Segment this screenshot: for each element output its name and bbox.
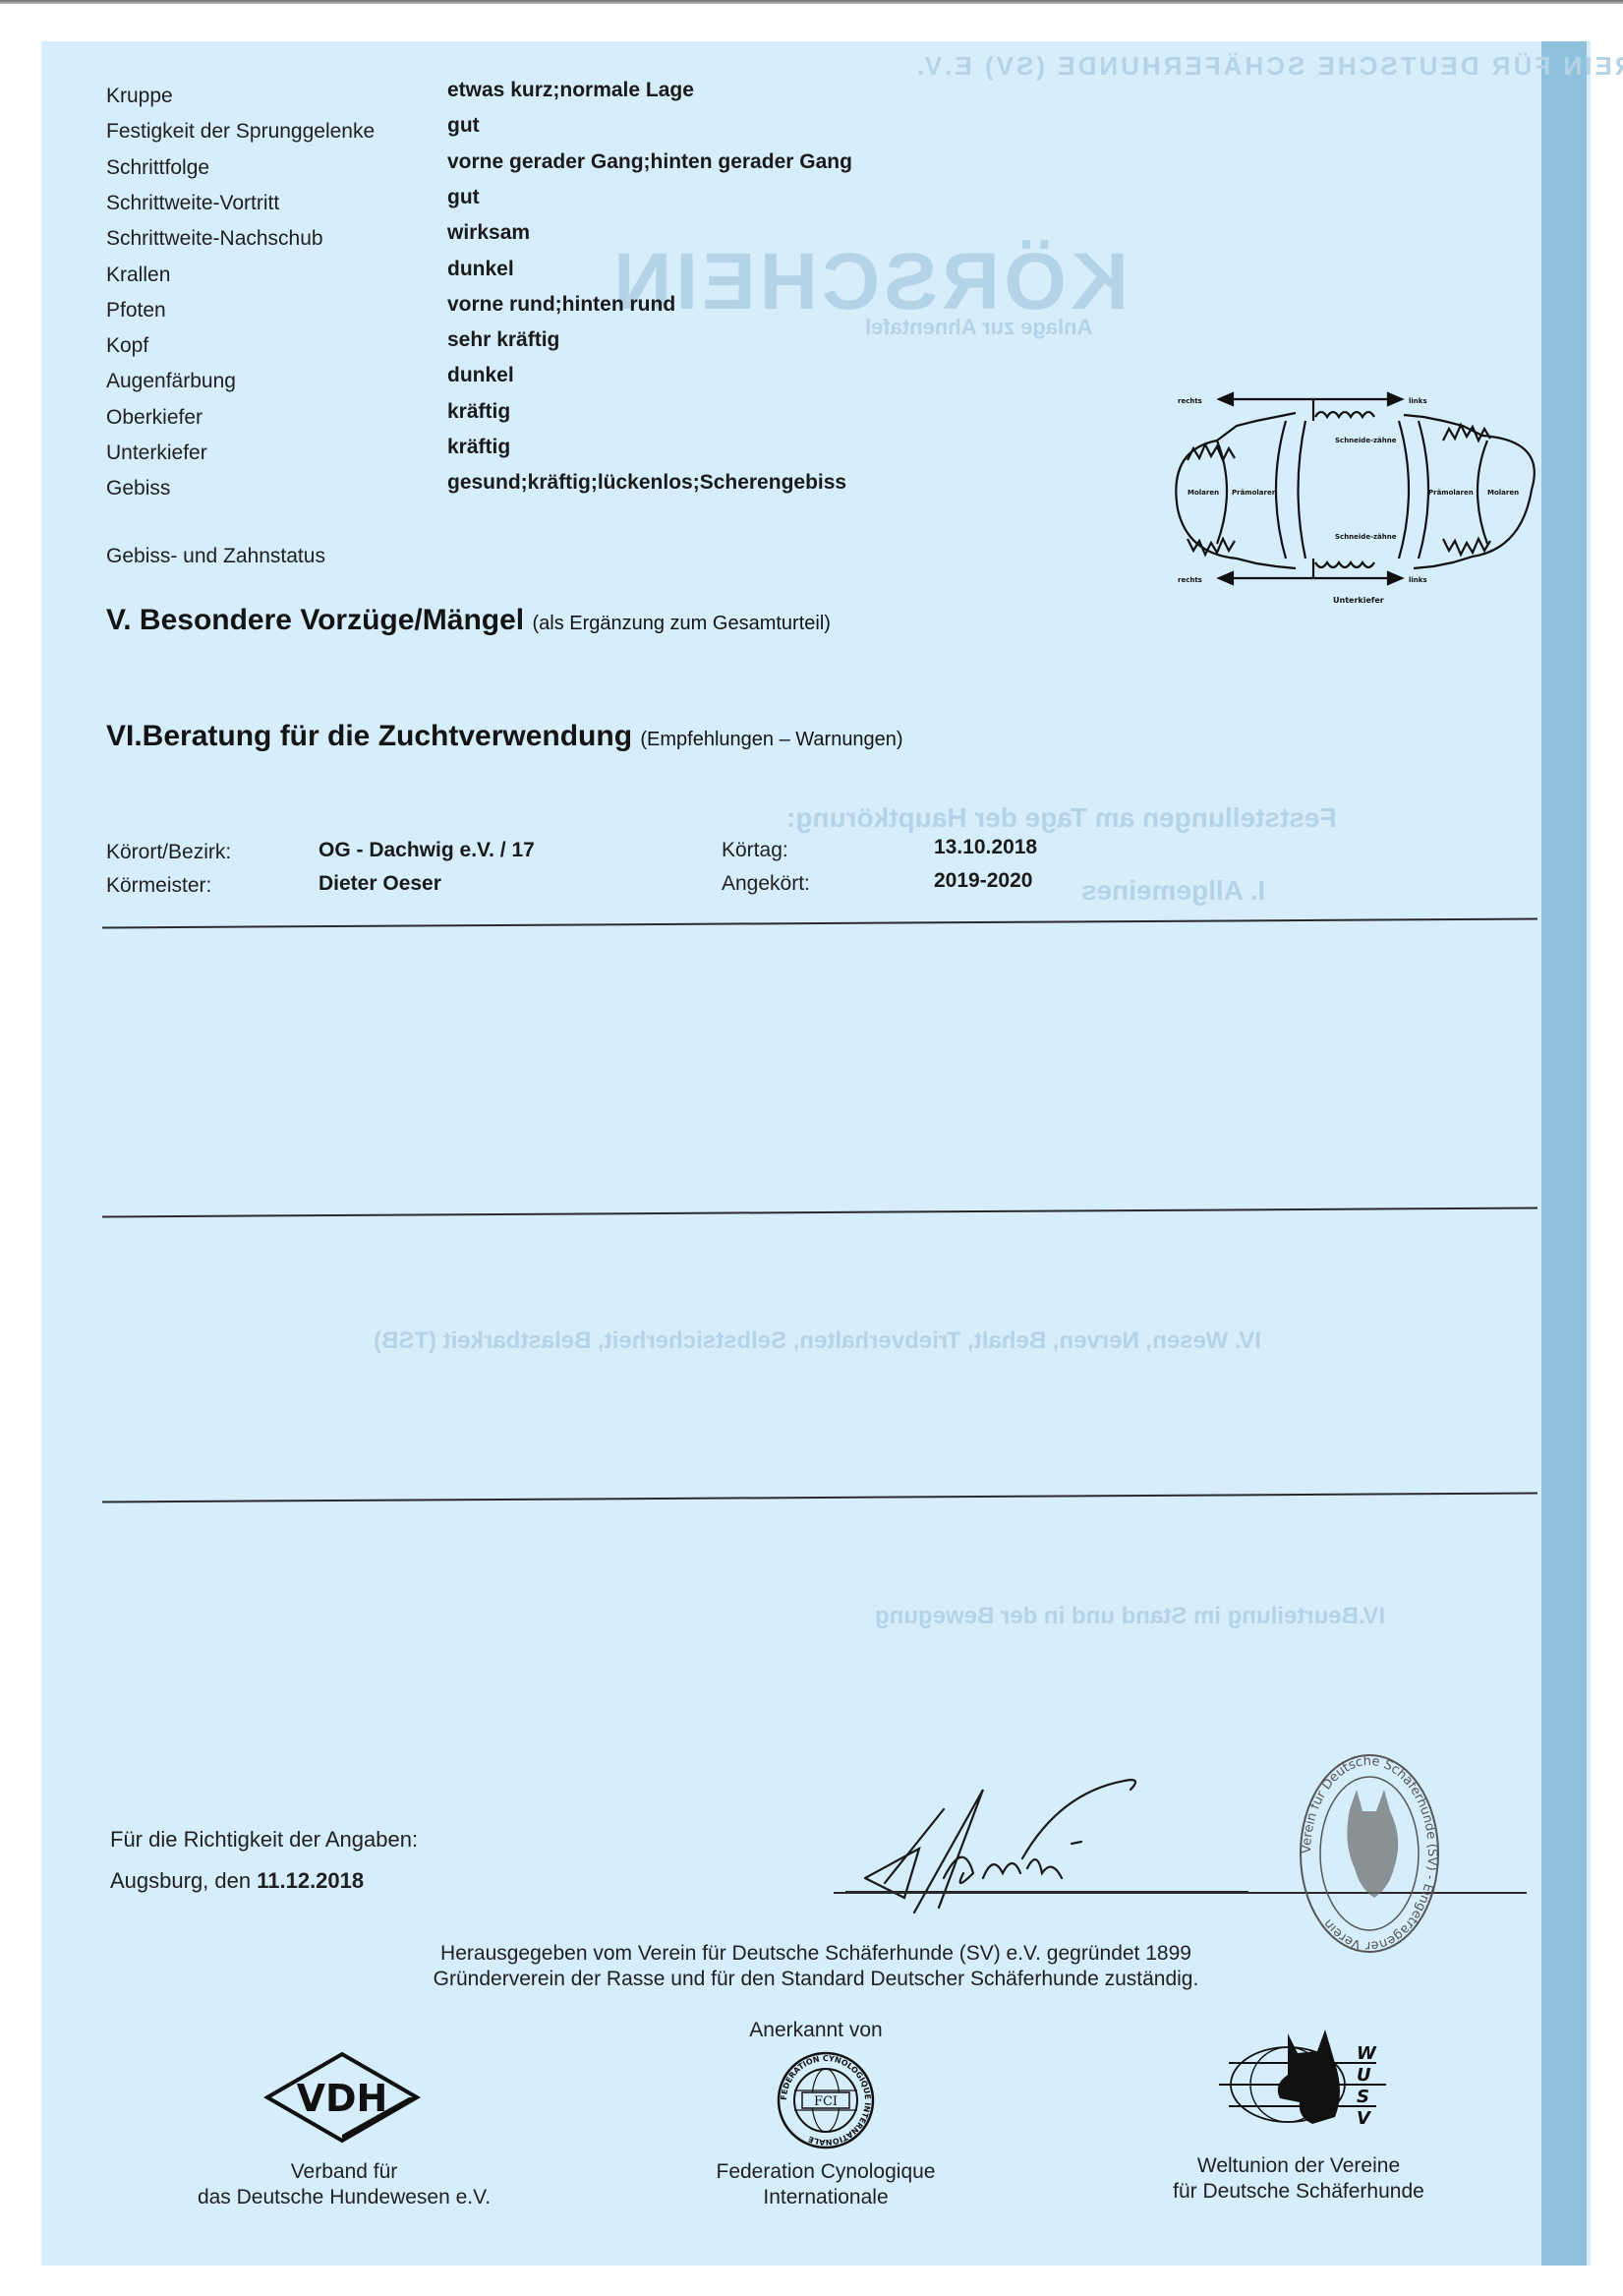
svg-text:S: S — [1357, 2087, 1369, 2107]
assessment-label: Kopf — [106, 334, 148, 358]
svg-text:W: W — [1357, 2043, 1377, 2064]
sheet-edge-strip — [1541, 41, 1587, 2266]
angekoert-label: Angekört: — [722, 872, 810, 896]
svg-text:Molaren: Molaren — [1188, 489, 1219, 497]
recognized-by: Anerkannt von — [619, 2018, 1013, 2043]
section-v-heading: V. Besondere Vorzüge/Mängel — [106, 604, 524, 636]
angekoert-value: 2019-2020 — [934, 869, 1032, 893]
svg-text:Prämolaren: Prämolaren — [1232, 489, 1277, 497]
assessment-label: Krallen — [106, 264, 170, 287]
assessment-label: Augenfärbung — [106, 370, 236, 393]
koertag-label: Körtag: — [722, 839, 788, 862]
ghost-heading: Feststellungen am Tage der Hauptkörung: — [786, 802, 1337, 834]
wusv-caption: Weltunion der Vereine für Deutsche Schäf… — [1102, 2153, 1495, 2205]
vdh-logo-icon: VDH — [263, 2050, 421, 2145]
assessment-label: Gebiss — [106, 477, 170, 500]
svg-text:links: links — [1409, 576, 1427, 584]
svg-text:links: links — [1409, 397, 1427, 405]
fci-caption: Federation Cynologique Internationale — [629, 2159, 1022, 2210]
svg-text:VDH: VDH — [297, 2077, 388, 2120]
svg-text:Schneide-zähne: Schneide-zähne — [1335, 533, 1397, 541]
assessment-value: etwas kurz;normale Lage — [447, 79, 694, 102]
wusv-logo-icon: W U S V — [1219, 2024, 1396, 2132]
ghost-beurteilung: IV.Beurteilung im Stand und in der Beweg… — [875, 1603, 1385, 1630]
assessment-label: Schrittweite-Vortritt — [106, 192, 279, 215]
scan-edge — [0, 0, 1623, 4]
assessment-value: wirksam — [447, 221, 530, 245]
assessment-value: vorne rund;hinten rund — [447, 293, 675, 317]
vdh-caption-line-1: Verband für — [147, 2159, 541, 2185]
fci-caption-line-1: Federation Cynologique — [629, 2159, 1022, 2185]
koerort-label: Körort/Bezirk: — [106, 841, 231, 864]
koermeister-label: Körmeister: — [106, 874, 211, 898]
svg-text:V: V — [1357, 2108, 1372, 2129]
svg-text:U: U — [1357, 2065, 1371, 2086]
section-vi-title: VI.Beratung für die Zuchtverwendung (Emp… — [106, 720, 903, 753]
publisher-line-2: Gründerverein der Rasse und für den Stan… — [324, 1967, 1307, 1992]
signature-icon — [845, 1760, 1258, 1927]
koertag-value: 13.10.2018 — [934, 836, 1037, 859]
koerort-value: OG - Dachwig e.V. / 17 — [319, 839, 535, 862]
assessment-value: kräftig — [447, 400, 510, 424]
assessment-value: vorne gerader Gang;hinten gerader Gang — [447, 150, 852, 174]
section-vi-note: (Empfehlungen – Warnungen) — [640, 729, 902, 750]
assessment-value: gut — [447, 186, 480, 209]
sv-stamp-icon: Verein für Deutsche Schäferhunde (SV) - … — [1296, 1750, 1443, 1957]
ghost-subtitle: Anlage zur Ahnentafel — [865, 315, 1092, 340]
assessment-value: gut — [447, 114, 480, 138]
certification-line: Für die Richtigkeit der Angaben: — [110, 1827, 418, 1853]
wusv-caption-line-1: Weltunion der Vereine — [1102, 2153, 1495, 2179]
publisher-line-1: Herausgegeben vom Verein für Deutsche Sc… — [324, 1941, 1307, 1967]
svg-text:Schneide-zähne: Schneide-zähne — [1335, 437, 1397, 444]
wusv-caption-line-2: für Deutsche Schäferhunde — [1102, 2179, 1495, 2205]
assessment-label: Oberkiefer — [106, 406, 203, 430]
certification-place: Augsburg, den 11.12.2018 — [110, 1868, 364, 1894]
assessment-label: Unterkiefer — [106, 442, 207, 465]
certification-place-text: Augsburg, den — [110, 1868, 251, 1893]
assessment-value: kräftig — [447, 436, 510, 459]
section-vi-heading: VI.Beratung für die Zuchtverwendung — [106, 720, 632, 752]
ghost-wesen: IV. Wesen, Nerven, Behalt, Triebverhalte… — [374, 1327, 1261, 1355]
assessment-label: Festigkeit der Sprunggelenke — [106, 120, 375, 144]
assessment-value: dunkel — [447, 364, 514, 387]
svg-text:Molaren: Molaren — [1487, 489, 1519, 497]
vdh-caption: Verband für das Deutsche Hundewesen e.V. — [147, 2159, 541, 2210]
svg-text:rechts: rechts — [1178, 397, 1202, 405]
section-v-title: V. Besondere Vorzüge/Mängel (als Ergänzu… — [106, 604, 831, 637]
assessment-label: Kruppe — [106, 85, 173, 108]
assessment-value: sehr kräftig — [447, 328, 559, 352]
assessment-value: dunkel — [447, 258, 514, 281]
svg-text:FCI: FCI — [814, 2094, 838, 2109]
assessment-label: Schrittfolge — [106, 156, 209, 180]
fci-logo-icon: FCI FEDERATION CYNOLOGIQUE INTERNATIONAL… — [777, 2051, 875, 2149]
teeth-diagram-icon: rechts links rechts links Molaren Prämol… — [1158, 382, 1551, 608]
assessment-label: Pfoten — [106, 299, 166, 323]
assessment-label: Schrittweite-Nachschub — [106, 227, 323, 251]
assessment-value: gesund;kräftig;lückenlos;Scherengebiss — [447, 471, 846, 495]
fci-caption-line-2: Internationale — [629, 2185, 1022, 2210]
certification-date: 11.12.2018 — [257, 1868, 364, 1893]
dental-status-label: Gebiss- und Zahnstatus — [106, 545, 325, 568]
svg-text:Unterkiefer: Unterkiefer — [1333, 596, 1384, 605]
koermeister-value: Dieter Oeser — [319, 872, 441, 896]
svg-text:Prämolaren: Prämolaren — [1428, 489, 1474, 497]
vdh-caption-line-2: das Deutsche Hundewesen e.V. — [147, 2185, 541, 2210]
section-v-note: (als Ergänzung zum Gesamturteil) — [532, 613, 830, 634]
ghost-allgemeines: I. Allgemeines — [1081, 875, 1265, 907]
ghost-header: VEREIN FÜR DEUTSCHE SCHÄFERHUNDE (SV) E.… — [914, 51, 1623, 82]
svg-text:rechts: rechts — [1178, 576, 1202, 584]
